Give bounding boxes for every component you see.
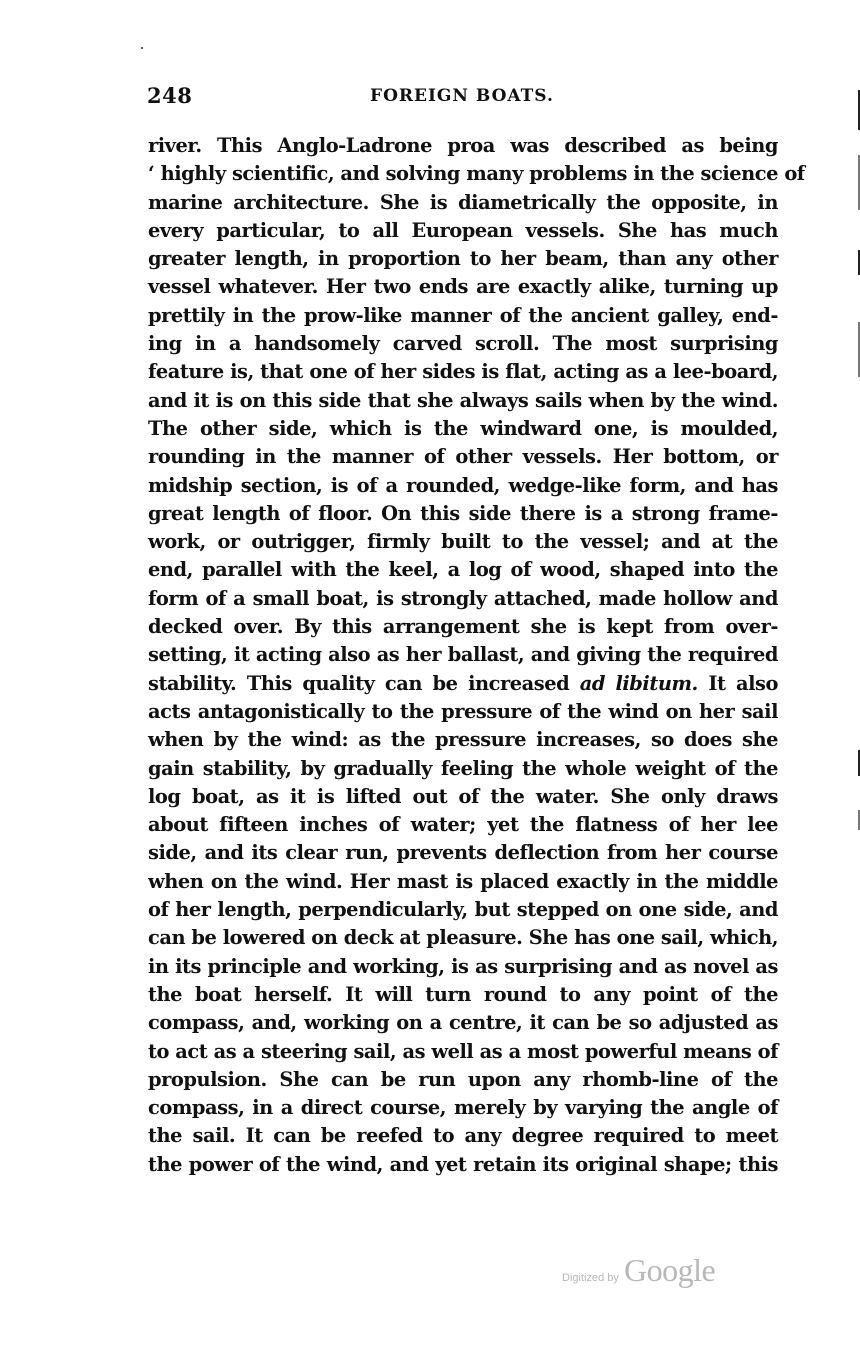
text-line: of her length, perpendicularly, but step… bbox=[148, 896, 778, 924]
text-line: in its principle and working, is as surp… bbox=[148, 953, 778, 981]
text-line: compass, in a direct course, merely by v… bbox=[148, 1094, 778, 1122]
text-line: form of a small boat, is strongly attach… bbox=[148, 585, 778, 613]
text-line: work, or outrigger, firmly built to the … bbox=[148, 528, 778, 556]
body-text: river. This Anglo-Ladrone proa was descr… bbox=[148, 132, 778, 1179]
text-line: greater length, in proportion to her bea… bbox=[148, 245, 778, 273]
text-line: great length of floor. On this side ther… bbox=[148, 500, 778, 528]
text-line: river. This Anglo-Ladrone proa was descr… bbox=[148, 132, 778, 160]
text-line: about fifteen inches of water; yet the f… bbox=[148, 811, 778, 839]
text-line: propulsion. She can be run upon any rhom… bbox=[148, 1066, 778, 1094]
text-line-with-italic: stability. This quality can be increased… bbox=[148, 670, 778, 698]
italic-phrase: ad libitum. bbox=[580, 672, 698, 695]
text-line: ing in a handsomely carved scroll. The m… bbox=[148, 330, 778, 358]
text-line: the power of the wind, and yet retain it… bbox=[148, 1151, 778, 1179]
text-line: vessel whatever. Her two ends are exactl… bbox=[148, 273, 778, 301]
text-line: marine architecture. She is diametricall… bbox=[148, 189, 778, 217]
text-line: compass, and, working on a centre, it ca… bbox=[148, 1009, 778, 1037]
running-title: FOREIGN BOATS. bbox=[370, 86, 554, 106]
text-line: ‘ highly scientific, and solving many pr… bbox=[148, 160, 778, 188]
text-line: every particular, to all European vessel… bbox=[148, 217, 778, 245]
text-line: side, and its clear run, prevents deflec… bbox=[148, 839, 778, 867]
text-line: prettily in the prow-like manner of the … bbox=[148, 302, 778, 330]
text-line: and it is on this side that she always s… bbox=[148, 387, 778, 415]
digitized-by-google-watermark: Digitized by Google bbox=[562, 1252, 715, 1289]
text-line: The other side, which is the windward on… bbox=[148, 415, 778, 443]
text-line: the boat herself. It will turn round to … bbox=[148, 981, 778, 1009]
text-line: log boat, as it is lifted out of the wat… bbox=[148, 783, 778, 811]
text-line: midship section, is of a rounded, wedge-… bbox=[148, 472, 778, 500]
text-line: setting, it acting also as her ballast, … bbox=[148, 641, 778, 669]
text-line: when by the wind: as the pressure increa… bbox=[148, 726, 778, 754]
text-segment: stability. This quality can be increased bbox=[148, 672, 580, 695]
text-segment: It also bbox=[698, 672, 778, 695]
text-line: feature is, that one of her sides is fla… bbox=[148, 358, 778, 386]
watermark-prefix: Digitized by bbox=[562, 1272, 619, 1284]
text-line: can be lowered on deck at pleasure. She … bbox=[148, 924, 778, 952]
margin-speck bbox=[141, 47, 143, 49]
text-line: the sail. It can be reefed to any degree… bbox=[148, 1122, 778, 1150]
text-line: rounding in the manner of other vessels.… bbox=[148, 443, 778, 471]
google-logo-text: Google bbox=[624, 1252, 715, 1288]
text-line: to act as a steering sail, as well as a … bbox=[148, 1038, 778, 1066]
page-header: 248 FOREIGN BOATS. bbox=[147, 83, 783, 113]
text-line: decked over. By this arrangement she is … bbox=[148, 613, 778, 641]
text-line: end, parallel with the keel, a log of wo… bbox=[148, 556, 778, 584]
text-line: when on the wind. Her mast is placed exa… bbox=[148, 868, 778, 896]
page-number: 248 bbox=[147, 83, 192, 108]
text-line: acts antagonistically to the pressure of… bbox=[148, 698, 778, 726]
text-line: gain stability, by gradually feeling the… bbox=[148, 755, 778, 783]
